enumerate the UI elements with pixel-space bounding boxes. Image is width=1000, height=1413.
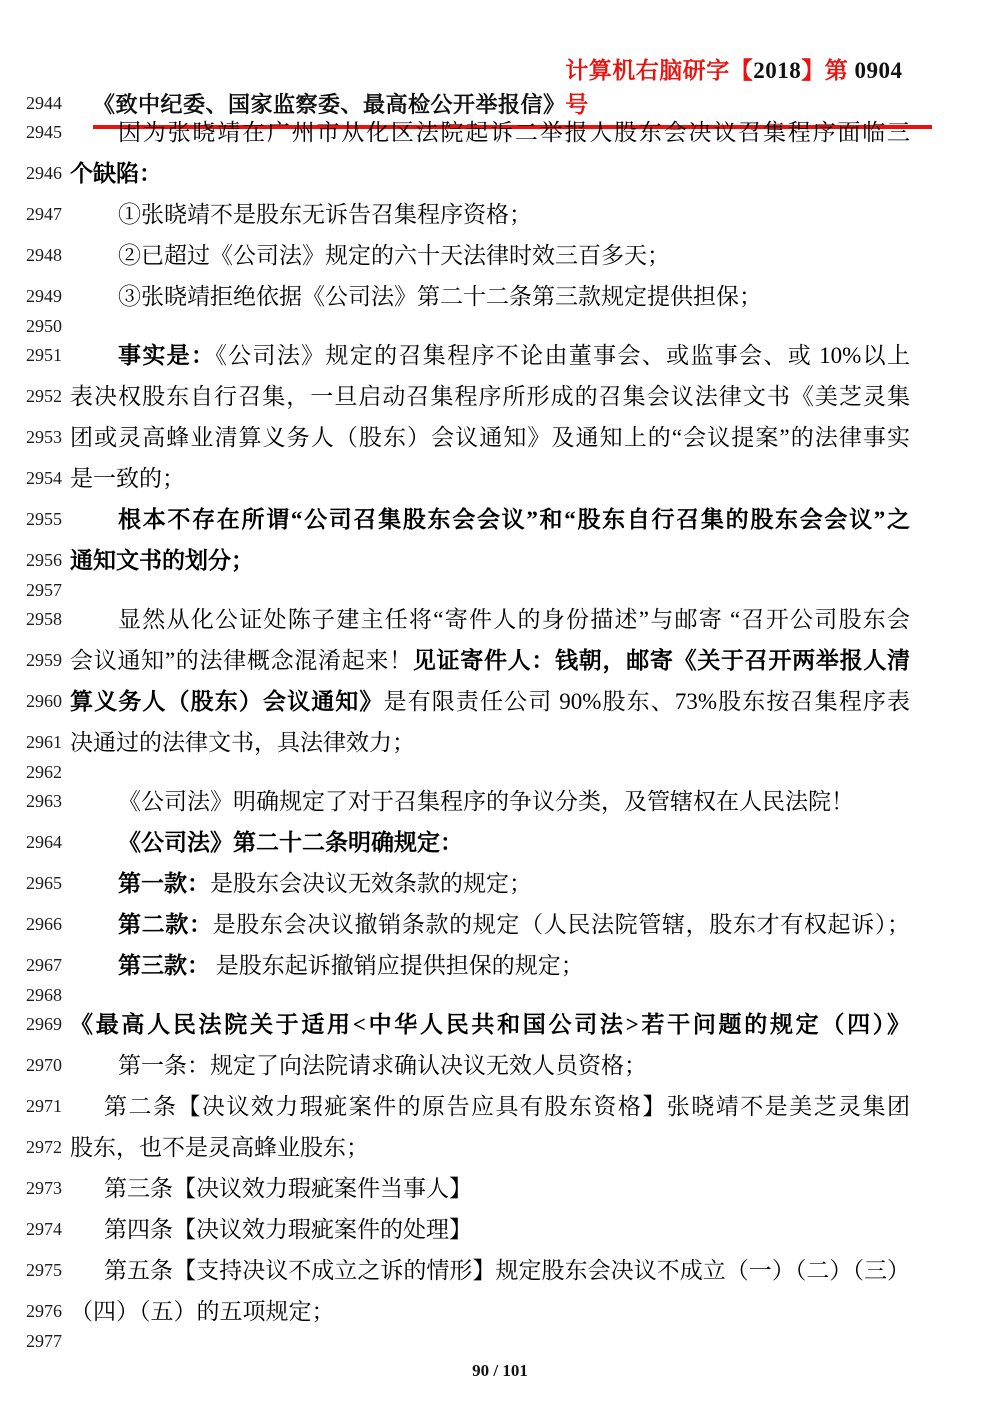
line-number: 2961 [0,722,70,763]
document-page: 《致中纪委、国家监察委、最高检公开举报信》 计算机右脑研字【2018】第 090… [0,0,1000,1413]
doc-number-text: 第 [825,58,855,83]
text-run: （四）（五）的五项规定； [70,1299,335,1324]
line-number: 2971 [0,1086,70,1127]
line-text: 第二款：是股东会决议撤销条款的规定（人民法院管辖，股东才有权起诉）； [70,904,910,945]
line-number: 2973 [0,1168,70,1209]
line-text: 通知文书的划分； [70,540,910,581]
line-number: 2949 [0,276,70,317]
line-text: 决通过的法律文书，具法律效力； [70,722,910,763]
line-text: 第一款：是股东会决议无效条款的规定； [70,863,910,904]
line-number: 2946 [0,153,70,194]
text-line-row: 2964《公司法》第二十二条明确规定： [0,822,1000,863]
text-line-row: 2967第三款： 是股东起诉撤销应提供担保的规定； [0,945,1000,986]
line-text: 第三条【决议效力瑕疵案件当事人】 [70,1168,910,1209]
blank-line-row: 2944 [0,94,1000,112]
line-number: 2974 [0,1209,70,1250]
bold-text-run: 第一款： [118,871,210,896]
line-text: 团或灵高蜂业清算义务人（股东）会议通知》及通知上的“会议提案”的法律事实 [70,417,910,458]
line-number: 2962 [0,763,70,781]
bold-text-run: 事实是： [118,343,215,368]
line-text: （四）（五）的五项规定； [70,1291,910,1332]
text-run: 团或灵高蜂业清算义务人（股东）会议通知》及通知上的“会议提案”的法律事实 [70,425,910,450]
text-line-row: 2949③张晓靖拒绝依据《公司法》第二十二条第三款规定提供担保； [0,276,1000,317]
text-line-row: 2973第三条【决议效力瑕疵案件当事人】 [0,1168,1000,1209]
line-number: 2948 [0,235,70,276]
text-run: 《公司法》明确规定了对于召集程序的争议分类，及管辖权在人民法院！ [118,789,854,814]
text-run: 是股东会决议无效条款的规定； [210,871,532,896]
line-number: 2964 [0,822,70,863]
bold-text-run: 个缺陷： [70,161,162,186]
line-text: 算义务人（股东）会议通知》是有限责任公司 90%股东、73%股东按召集程序表 [70,681,910,722]
line-number: 2954 [0,458,70,499]
text-run: ①张晓靖不是股东无诉告召集程序资格； [118,202,532,227]
text-line-row: 2953团或灵高蜂业清算义务人（股东）会议通知》及通知上的“会议提案”的法律事实 [0,417,1000,458]
line-number: 2976 [0,1291,70,1332]
text-line-row: 2965第一款：是股东会决议无效条款的规定； [0,863,1000,904]
line-text: 股东，也不是灵高蜂业股东； [70,1127,910,1168]
line-text: 根本不存在所谓“公司召集股东会会议”和“股东自行召集的股东会会议”之 [70,499,910,540]
line-number: 2970 [0,1045,70,1086]
doc-number-text: 计算机右脑研字【 [565,58,753,83]
bold-text-run: 通知文书的划分； [70,548,254,573]
bold-text-run: 《公司法》第二十二条明确规定： [118,830,463,855]
text-run: ③张晓靖拒绝依据《公司法》第二十二条第三款规定提供担保； [118,284,762,309]
line-number: 2950 [0,317,70,335]
bold-text-run: 第二款： [118,912,213,937]
line-text: 会议通知”的法律概念混淆起来！见证寄件人：钱朝，邮寄《关于召开两举报人清 [70,640,910,681]
line-number: 2966 [0,904,70,945]
text-line-row: 2969《最高人民法院关于适用<中华人民共和国公司法>若干问题的规定（四）》 [0,1004,1000,1045]
text-line-row: 2954是一致的； [0,458,1000,499]
line-text: 显然从化公证处陈子建主任将“寄件人的身份描述”与邮寄 “召开公司股东会 [70,599,910,640]
line-number: 2975 [0,1250,70,1291]
text-run: 表决权股东自行召集，一旦启动召集程序所形成的召集会议法律文书《美芝灵集 [70,384,910,409]
line-text: 第四条【决议效力瑕疵案件的处理】 [70,1209,910,1250]
blank-line-row: 2950 [0,317,1000,335]
text-line-row: 2960算义务人（股东）会议通知》是有限责任公司 90%股东、73%股东按召集程… [0,681,1000,722]
line-number: 2953 [0,417,70,458]
line-text: 第二条【决议效力瑕疵案件的原告应具有股东资格】张晓靖不是美芝灵集团 [70,1086,910,1127]
text-run: 会议通知”的法律概念混淆起来！ [70,648,413,673]
text-run: 显然从化公证处陈子建主任将“寄件人的身份描述”与邮寄 “召开公司股东会 [118,607,910,632]
text-line-row: 2974第四条【决议效力瑕疵案件的处理】 [0,1209,1000,1250]
line-number: 2944 [0,94,70,112]
text-line-row: 2951事实是：《公司法》规定的召集程序不论由董事会、或监事会、或 10%以上 [0,335,1000,376]
text-line-row: 2976（四）（五）的五项规定； [0,1291,1000,1332]
text-line-row: 2945因为张晓靖在广州市从化区法院起诉二举报人股东会决议召集程序面临三 [0,112,1000,153]
line-number: 2969 [0,1004,70,1045]
text-line-row: 2958显然从化公证处陈子建主任将“寄件人的身份描述”与邮寄 “召开公司股东会 [0,599,1000,640]
text-line-row: 2947①张晓靖不是股东无诉告召集程序资格； [0,194,1000,235]
line-number: 2977 [0,1332,70,1350]
text-line-row: 2975第五条【支持决议不成立之诉的情形】规定股东会决议不成立（一）（二）（三） [0,1250,1000,1291]
bold-text-run: 根本不存在所谓“公司召集股东会会议”和“股东自行召集的股东会会议”之 [118,507,910,532]
line-text: 是一致的； [70,458,910,499]
text-line-row: 2966第二款：是股东会决议撤销条款的规定（人民法院管辖，股东才有权起诉）； [0,904,1000,945]
blank-line-row: 2962 [0,763,1000,781]
text-run: 是一致的； [70,466,185,491]
line-number: 2960 [0,681,70,722]
doc-number-text: 】 [801,58,825,83]
line-number: 2965 [0,863,70,904]
line-text: 《公司法》明确规定了对于召集程序的争议分类，及管辖权在人民法院！ [70,781,910,822]
bold-text-run: 见证寄件人：钱朝，邮寄《关于召开两举报人清 [413,648,910,673]
text-line-row: 2948②已超过《公司法》规定的六十天法律时效三百多天； [0,235,1000,276]
line-number: 2955 [0,499,70,540]
text-run: 《公司法》规定的召集程序不论由董事会、或监事会、或 10%以上 [215,343,910,368]
text-run: 是股东会决议撤销条款的规定（人民法院管辖，股东才有权起诉）； [213,912,910,937]
text-run: 因为张晓靖在广州市从化区法院起诉二举报人股东会决议召集程序面临三 [118,120,910,145]
text-line-row: 2956通知文书的划分； [0,540,1000,581]
doc-number-digits: 0904 [854,58,902,83]
line-number: 2968 [0,986,70,1004]
line-number: 2963 [0,781,70,822]
line-text: 表决权股东自行召集，一旦启动召集程序所形成的召集会议法律文书《美芝灵集 [70,376,910,417]
bold-text-run: 《最高人民法院关于适用<中华人民共和国公司法>若干问题的规定（四）》 [70,1012,910,1037]
text-line-row: 2946个缺陷： [0,153,1000,194]
line-text: ②已超过《公司法》规定的六十天法律时效三百多天； [70,235,910,276]
blank-line-row: 2957 [0,581,1000,599]
text-line-row: 2972股东，也不是灵高蜂业股东； [0,1127,1000,1168]
text-run: 股东，也不是灵高蜂业股东； [70,1135,369,1160]
line-text: 《最高人民法院关于适用<中华人民共和国公司法>若干问题的规定（四）》 [70,1004,910,1045]
text-run: 第四条【决议效力瑕疵案件的处理】 [104,1217,472,1242]
document-body: 29442945因为张晓靖在广州市从化区法院起诉二举报人股东会决议召集程序面临三… [0,94,1000,1350]
text-run: 第一条：规定了向法院请求确认决议无效人员资格； [118,1053,647,1078]
line-text: 第三款： 是股东起诉撤销应提供担保的规定； [70,945,910,986]
page-number: 90 / 101 [472,1361,528,1380]
line-text: ①张晓靖不是股东无诉告召集程序资格； [70,194,910,235]
doc-number-digits: 2018 [753,58,801,83]
line-text: 因为张晓靖在广州市从化区法院起诉二举报人股东会决议召集程序面临三 [70,112,910,153]
line-number: 2945 [0,112,70,153]
line-number: 2947 [0,194,70,235]
text-line-row: 2955根本不存在所谓“公司召集股东会会议”和“股东自行召集的股东会会议”之 [0,499,1000,540]
blank-line-row: 2968 [0,986,1000,1004]
line-text: 个缺陷： [70,153,910,194]
line-number: 2951 [0,335,70,376]
text-line-row: 2961决通过的法律文书，具法律效力； [0,722,1000,763]
text-line-row: 2952表决权股东自行召集，一旦启动召集程序所形成的召集会议法律文书《美芝灵集 [0,376,1000,417]
text-line-row: 2970第一条：规定了向法院请求确认决议无效人员资格； [0,1045,1000,1086]
text-run: 第二条【决议效力瑕疵案件的原告应具有股东资格】张晓靖不是美芝灵集团 [104,1094,910,1119]
line-number: 2952 [0,376,70,417]
text-run: 是有限责任公司 90%股东、73%股东按召集程序表 [384,689,910,714]
line-text: 第一条：规定了向法院请求确认决议无效人员资格； [70,1045,910,1086]
line-number: 2957 [0,581,70,599]
line-text: ③张晓靖拒绝依据《公司法》第二十二条第三款规定提供担保； [70,276,910,317]
text-run: ②已超过《公司法》规定的六十天法律时效三百多天； [118,243,670,268]
line-text: 事实是：《公司法》规定的召集程序不论由董事会、或监事会、或 10%以上 [70,335,910,376]
text-run: 第三条【决议效力瑕疵案件当事人】 [104,1176,472,1201]
bold-text-run: 第三款： [118,953,210,978]
page-footer: 90 / 101 [0,1361,1000,1381]
text-run: 是股东起诉撤销应提供担保的规定； [210,953,584,978]
bold-text-run: 算义务人（股东）会议通知》 [70,689,384,714]
line-number: 2972 [0,1127,70,1168]
blank-line-row: 2977 [0,1332,1000,1350]
line-number: 2956 [0,540,70,581]
text-line-row: 2959会议通知”的法律概念混淆起来！见证寄件人：钱朝，邮寄《关于召开两举报人清 [0,640,1000,681]
text-run: 决通过的法律文书，具法律效力； [70,730,415,755]
line-text: 第五条【支持决议不成立之诉的情形】规定股东会决议不成立（一）（二）（三） [70,1250,910,1291]
text-run: 第五条【支持决议不成立之诉的情形】规定股东会决议不成立（一）（二）（三） [104,1258,910,1283]
line-number: 2958 [0,599,70,640]
text-line-row: 2963《公司法》明确规定了对于召集程序的争议分类，及管辖权在人民法院！ [0,781,1000,822]
line-text: 《公司法》第二十二条明确规定： [70,822,910,863]
line-number: 2967 [0,945,70,986]
text-line-row: 2971第二条【决议效力瑕疵案件的原告应具有股东资格】张晓靖不是美芝灵集团 [0,1086,1000,1127]
line-number: 2959 [0,640,70,681]
